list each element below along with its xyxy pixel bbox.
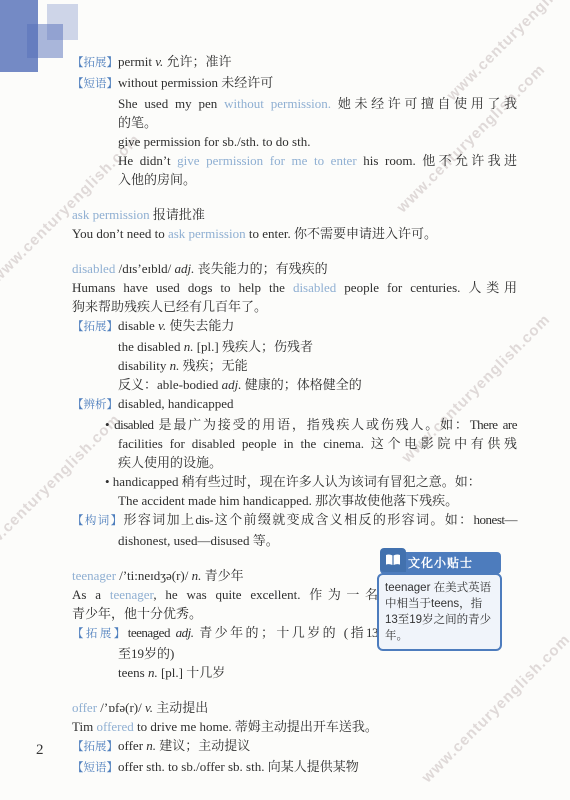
text-segment: 报请批准: [150, 207, 205, 222]
text-segment: disabled: [72, 261, 115, 276]
text-segment: 入他的房间。: [118, 172, 196, 187]
text-segment: 【拓展】: [72, 741, 118, 753]
entry-ask-permission: ask permission 报请批准You don’t need to ask…: [72, 205, 517, 243]
text-line: The accident made him handicapped. 那次事故使…: [72, 491, 517, 510]
text-line: 【拓展】disable v. 使失去能力: [72, 316, 517, 337]
text-line: 【拓展】permit v. 允许；准许: [72, 52, 517, 73]
text-line: As a teenager, he was quite excellent. 作…: [72, 585, 378, 604]
text-segment: The accident made him handicapped. 那次事故使…: [118, 493, 458, 508]
text-segment: 残疾；无能: [179, 358, 247, 373]
book-icon: [380, 548, 406, 572]
text-segment: 健康的；体格健全的: [242, 377, 362, 392]
text-line: dishonest, used—disused 等。: [72, 531, 517, 550]
text-line: She used my pen without permission. 她未经许…: [72, 94, 517, 113]
text-segment: teens: [118, 665, 148, 680]
text-segment: n.: [184, 339, 194, 354]
text-segment: , he was quite excellent. 作为一名: [153, 587, 378, 602]
text-segment: offered: [96, 719, 133, 734]
text-segment: He didn’t: [118, 153, 177, 168]
text-segment: ask permission: [72, 207, 150, 222]
text-segment: 【拓展】: [72, 321, 118, 333]
text-segment: 至19岁的): [118, 646, 174, 661]
text-segment: adj.: [175, 261, 195, 276]
text-segment: /’ɒfə(r)/: [97, 700, 145, 715]
text-segment: /dɪs’eɪbld/: [115, 261, 174, 276]
text-segment: disable: [118, 318, 158, 333]
text-line: disability n. 残疾；无能: [72, 356, 517, 375]
text-segment: dishonest, used—disused 等。: [118, 533, 279, 548]
text-segment: 丧失能力的；有残疾的: [194, 261, 327, 276]
corner-decoration-square: [47, 4, 78, 40]
text-segment: offer: [72, 700, 97, 715]
entry-offer: offer /’ɒfə(r)/ v. 主动提出Tim offered to dr…: [72, 698, 517, 778]
text-segment: n.: [192, 568, 202, 583]
text-line: facilities for disabled people in the ci…: [72, 434, 517, 453]
text-segment: 青少年的；十几岁的 (指13: [194, 625, 378, 640]
text-segment: 使失去能力: [166, 318, 234, 333]
text-segment: 狗来帮助残疾人已经有几百年了。: [72, 299, 267, 314]
text-segment: permit: [118, 54, 155, 69]
text-segment: 建议；主动提议: [156, 738, 250, 753]
text-line: 【短语】without permission 未经许可: [72, 73, 517, 94]
text-segment: 【构词】: [72, 515, 124, 527]
text-line: 反义：able-bodied adj. 健康的；体格健全的: [72, 375, 517, 394]
text-segment: offer sth. to sb./offer sb. sth. 向某人提供某物: [118, 759, 359, 774]
text-line: teenager /’ti:neɪdʒə(r)/ n. 青少年: [72, 566, 378, 585]
text-segment: Humans have used dogs to help the: [72, 280, 293, 295]
text-segment: ask permission: [168, 226, 246, 241]
page-number: 2: [36, 742, 44, 759]
text-segment: 疾人使用的设施。: [118, 455, 222, 470]
text-line: the disabled n. [pl.] 残疾人；伤残者: [72, 337, 517, 356]
text-segment: [pl.] 十几岁: [158, 665, 226, 680]
text-segment: /’ti:neɪdʒə(r)/: [116, 568, 192, 583]
text-line: 狗来帮助残疾人已经有几百年了。: [72, 297, 517, 316]
dictionary-page: www.centuryenglish.com www.centuryenglis…: [0, 0, 570, 800]
text-segment: 形容词加上dis-这个前缀就变成含义相反的形容词。如：honest—: [124, 512, 517, 527]
entry-teenager: teenager /’ti:neɪdʒə(r)/ n. 青少年As a teen…: [72, 566, 378, 682]
text-line: disabled /dɪs’eɪbld/ adj. 丧失能力的；有残疾的: [72, 259, 517, 278]
text-segment: 【辨析】: [72, 399, 118, 411]
text-segment: adj.: [176, 625, 194, 640]
text-line: give permission for sb./sth. to do sth.: [72, 132, 517, 151]
text-line: 的笔。: [72, 113, 517, 132]
text-line: 【拓展】teenaged adj. 青少年的；十几岁的 (指13: [72, 623, 378, 644]
text-segment: v.: [145, 700, 153, 715]
text-segment: v.: [158, 318, 166, 333]
text-segment: 【拓展】: [72, 628, 128, 640]
text-segment: without permission.: [224, 96, 331, 111]
text-segment: people for centuries. 人类用: [336, 280, 517, 295]
text-segment: 【短语】: [72, 762, 118, 774]
text-segment: 的笔。: [118, 115, 157, 130]
text-segment: his room. 他不允许我进: [357, 153, 517, 168]
text-segment: n.: [146, 738, 156, 753]
text-segment: without permission 未经许可: [118, 75, 273, 90]
text-line: • disabled 是最广为接受的用语，指残疾人或伤残人。如：There ar…: [72, 415, 517, 434]
entry-disabled: disabled /dɪs’eɪbld/ adj. 丧失能力的；有残疾的Huma…: [72, 259, 517, 550]
text-line: Tim offered to drive me home. 蒂姆主动提出开车送我…: [72, 717, 517, 736]
text-segment: give permission for sb./sth. to do sth.: [118, 134, 310, 149]
text-line: He didn’t give permission for me to ente…: [72, 151, 517, 170]
text-line: 【辨析】disabled, handicapped: [72, 394, 517, 415]
text-segment: As a: [72, 587, 110, 602]
text-segment: disabled: [293, 280, 336, 295]
text-segment: • disabled 是最广为接受的用语，指残疾人或伤残人。如：There ar…: [105, 417, 517, 432]
text-line: teens n. [pl.] 十几岁: [72, 663, 378, 682]
text-segment: 她未经许可擅自使用了我: [331, 96, 517, 111]
text-segment: 青少年: [201, 568, 243, 583]
text-segment: offer: [118, 738, 146, 753]
text-segment: She used my pen: [118, 96, 224, 111]
text-segment: teenager: [72, 568, 116, 583]
text-segment: adj.: [222, 377, 242, 392]
text-line: You don’t need to ask permission to ente…: [72, 224, 517, 243]
text-line: 青少年，他十分优秀。: [72, 604, 378, 623]
text-segment: 【拓展】: [72, 57, 118, 69]
text-segment: to drive me home. 蒂姆主动提出开车送我。: [134, 719, 378, 734]
entry-permit-notes: 【拓展】permit v. 允许；准许【短语】without permissio…: [72, 52, 517, 189]
text-line: 【短语】offer sth. to sb./offer sb. sth. 向某人…: [72, 757, 517, 778]
text-segment: n.: [170, 358, 180, 373]
text-segment: give permission for me to enter: [177, 153, 357, 168]
text-segment: facilities for disabled people in the ci…: [118, 436, 517, 451]
text-line: offer /’ɒfə(r)/ v. 主动提出: [72, 698, 517, 717]
text-segment: disability: [118, 358, 170, 373]
text-segment: disabled, handicapped: [118, 396, 234, 411]
text-segment: 允许；准许: [163, 54, 231, 69]
culture-tip-text: teenager 在美式英语中相当于teens，指13至19岁之间的青少年。: [377, 573, 502, 651]
text-segment: 青少年，他十分优秀。: [72, 606, 202, 621]
text-segment: 【短语】: [72, 78, 118, 90]
text-line: 【拓展】offer n. 建议；主动提议: [72, 736, 517, 757]
text-segment: 主动提出: [153, 700, 208, 715]
text-line: 【构词】形容词加上dis-这个前缀就变成含义相反的形容词。如：honest—: [72, 510, 517, 531]
text-line: Humans have used dogs to help the disabl…: [72, 278, 517, 297]
text-line: 疾人使用的设施。: [72, 453, 517, 472]
text-line: • handicapped 稍有些过时，现在许多人认为该词有冒犯之意。如：: [72, 472, 517, 491]
text-segment: • handicapped 稍有些过时，现在许多人认为该词有冒犯之意。如：: [105, 474, 481, 489]
text-line: ask permission 报请批准: [72, 205, 517, 224]
text-segment: 反义：able-bodied: [118, 377, 222, 392]
text-segment: teenaged: [128, 625, 176, 640]
text-segment: [pl.] 残疾人；伤残者: [193, 339, 313, 354]
text-segment: to enter. 你不需要申请进入许可。: [246, 226, 437, 241]
text-line: 入他的房间。: [72, 170, 517, 189]
page-content: 【拓展】permit v. 允许；准许【短语】without permissio…: [72, 52, 517, 794]
text-segment: the disabled: [118, 339, 184, 354]
text-line: 至19岁的): [72, 644, 378, 663]
text-segment: Tim: [72, 719, 96, 734]
text-segment: You don’t need to: [72, 226, 168, 241]
text-segment: n.: [148, 665, 158, 680]
text-segment: teenager: [110, 587, 154, 602]
